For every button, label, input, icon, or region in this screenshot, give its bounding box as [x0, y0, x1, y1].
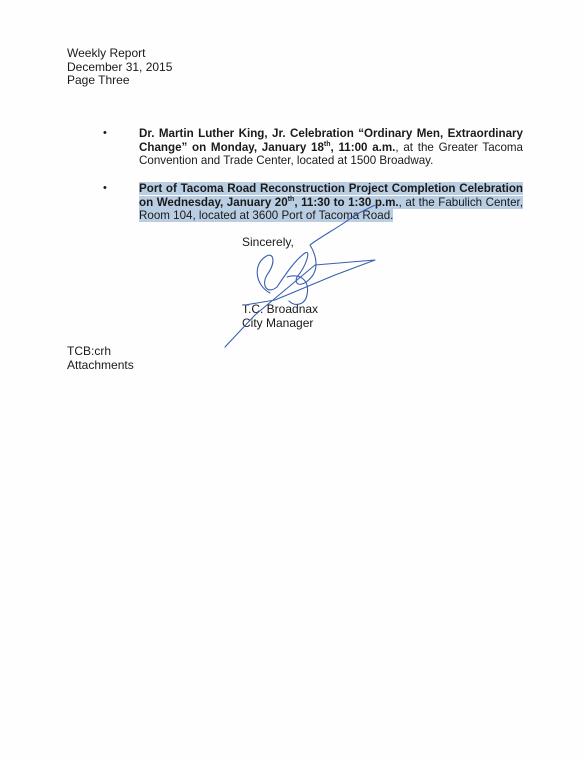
- attachments-note: Attachments: [67, 359, 134, 373]
- handwritten-signature: [215, 205, 385, 355]
- report-header: Weekly Report December 31, 2015 Page Thr…: [67, 47, 172, 88]
- bullet-icon: •: [103, 127, 107, 141]
- document-page: Weekly Report December 31, 2015 Page Thr…: [0, 0, 585, 760]
- ordinal-suffix: th: [324, 141, 331, 148]
- page-number: Page Three: [67, 74, 172, 88]
- event-time: , 11:00 a.m.: [331, 141, 396, 154]
- event-text-selected[interactable]: Port of Tacoma Road Reconstruction Proje…: [139, 182, 523, 223]
- signer-title: City Manager: [242, 317, 313, 331]
- report-title: Weekly Report: [67, 47, 172, 61]
- event-time: , 11:30 to 1:30 p.m.: [294, 196, 398, 209]
- report-date: December 31, 2015: [67, 61, 172, 75]
- salutation: Sincerely,: [242, 236, 294, 250]
- typist-initials: TCB:crh: [67, 345, 134, 359]
- document-footer: TCB:crh Attachments: [67, 345, 134, 372]
- event-text[interactable]: Dr. Martin Luther King, Jr. Celebration …: [139, 127, 523, 168]
- signer-name: T.C. Broadnax: [242, 303, 318, 317]
- bullet-icon: •: [103, 182, 107, 196]
